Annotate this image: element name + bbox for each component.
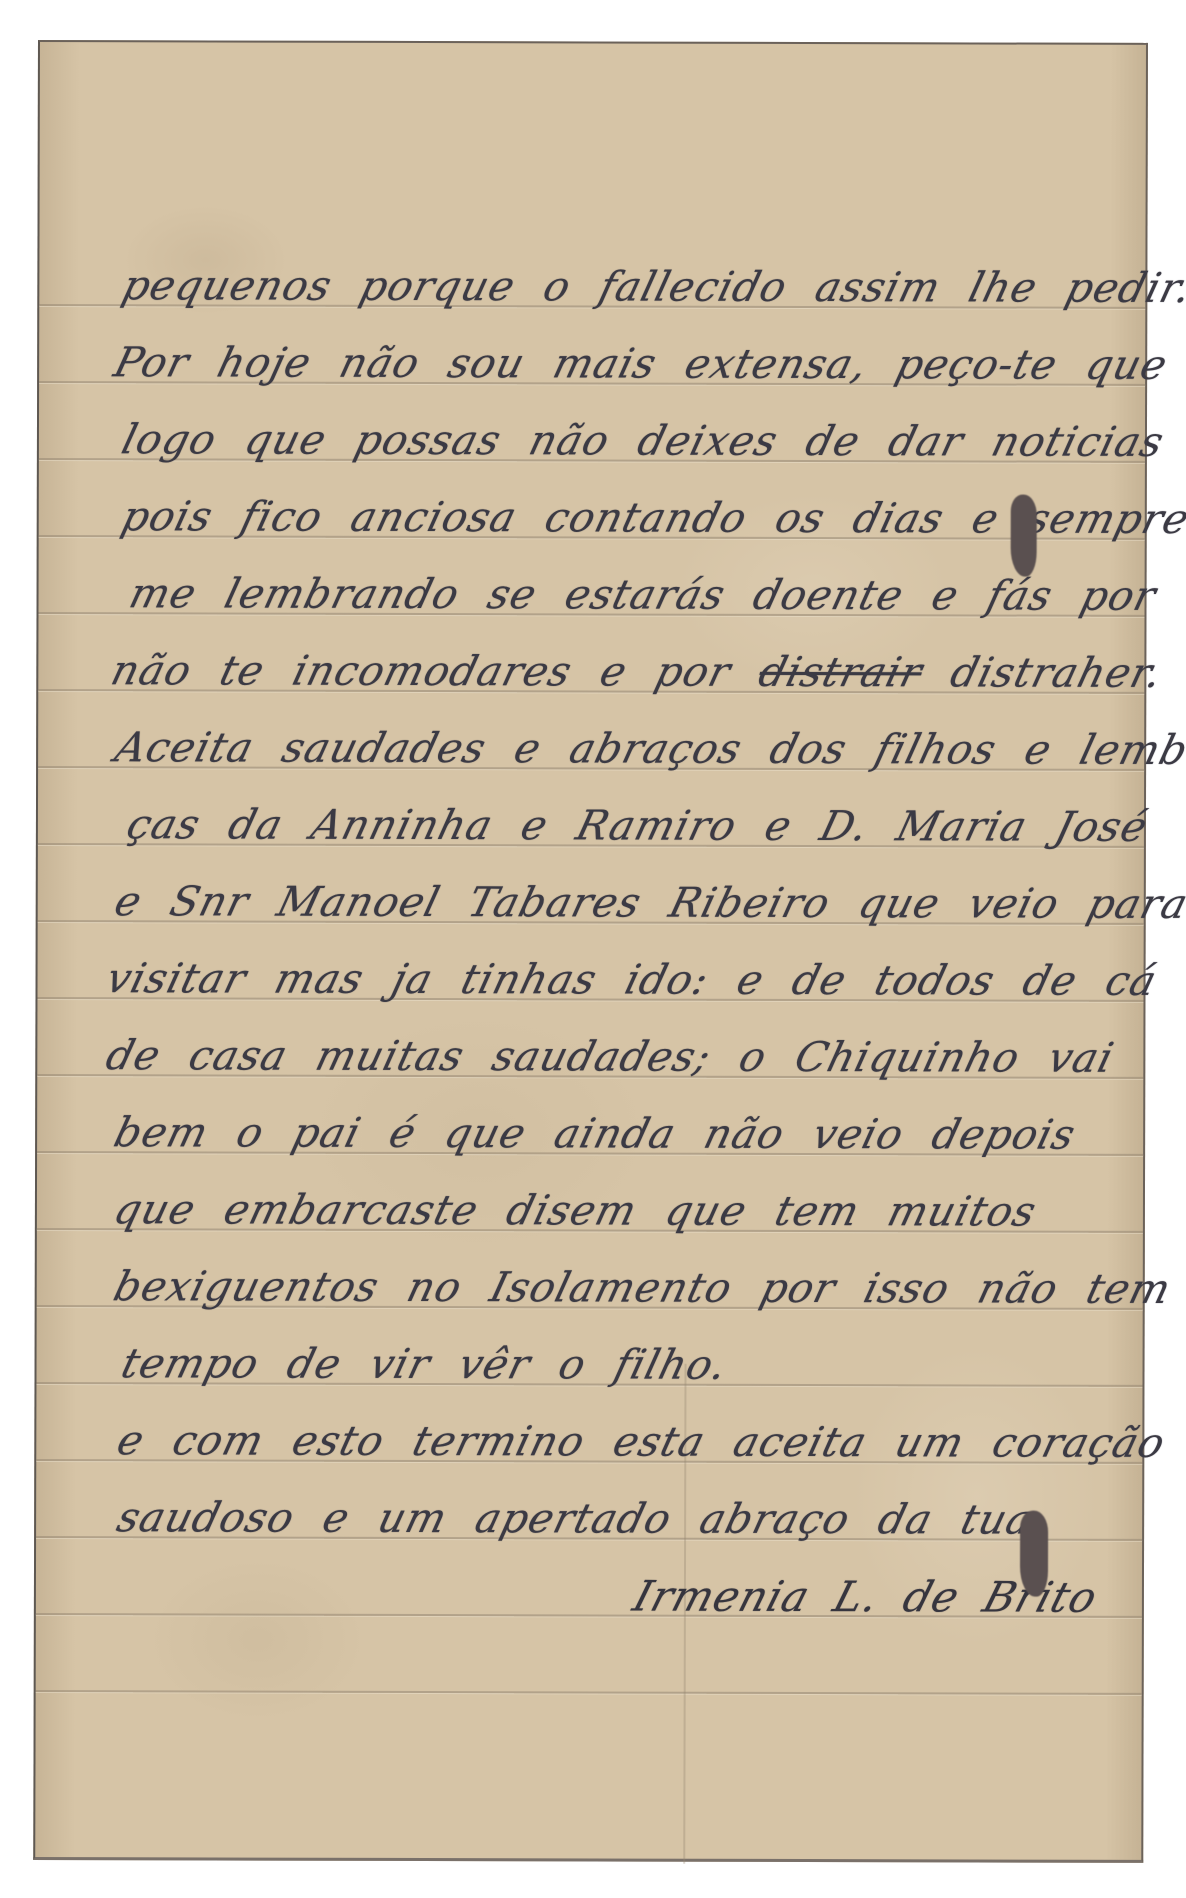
letter-line-12: bem o pai é que ainda não veio depois [109,1107,1081,1159]
struck-word: distrair [754,648,928,696]
letter-line-3: logo que possas não deixes de dar notici… [117,414,1170,467]
letter-line-13: que embarcaste disem que tem muitos [109,1184,1042,1236]
letter-line-7: Aceita saudades e abraços dos filhos e l… [110,722,1186,775]
letter-line-11: de casa muitas saudades; o Chiquinho vai [101,1030,1119,1083]
ink-stain [1020,1511,1048,1597]
ink-stain [1011,495,1037,577]
letter-line-1: pequenos porque o fallecido assim lhe pe… [117,260,1186,313]
letter-line-14: bexiguentos no Isolamento por isso não t… [109,1261,1177,1314]
letter-line-8: ças da Anninha e Ramiro e D. Maria José [122,799,1153,852]
letter-line-6-tail: distraher. [946,648,1168,697]
letter-line-6-text: não te incomodares e por [107,646,737,696]
letter-line-16: e com esto termino esta aceita um coraçã… [112,1415,1171,1468]
letter-page: pequenos porque o fallecido assim lhe pe… [33,40,1148,1863]
ruled-line [36,1690,1142,1695]
letter-line-6: não te incomodares e por distrair distra… [106,645,1168,698]
letter-line-15: tempo de vir vêr o filho. [116,1338,732,1390]
letter-line-9: e Snr Manoel Tabares Ribeiro que veio pa… [110,876,1186,929]
letter-line-17: saudoso e um apertado abraço da tua [112,1492,1039,1544]
letter-line-10: visitar mas ja tinhas ido: e de todos de… [101,953,1162,1006]
letter-line-2: Por hoje não sou mais extensa, peço-te q… [109,337,1173,390]
letter-line-5: me lembrando se estarás doente e fás por [124,568,1161,621]
